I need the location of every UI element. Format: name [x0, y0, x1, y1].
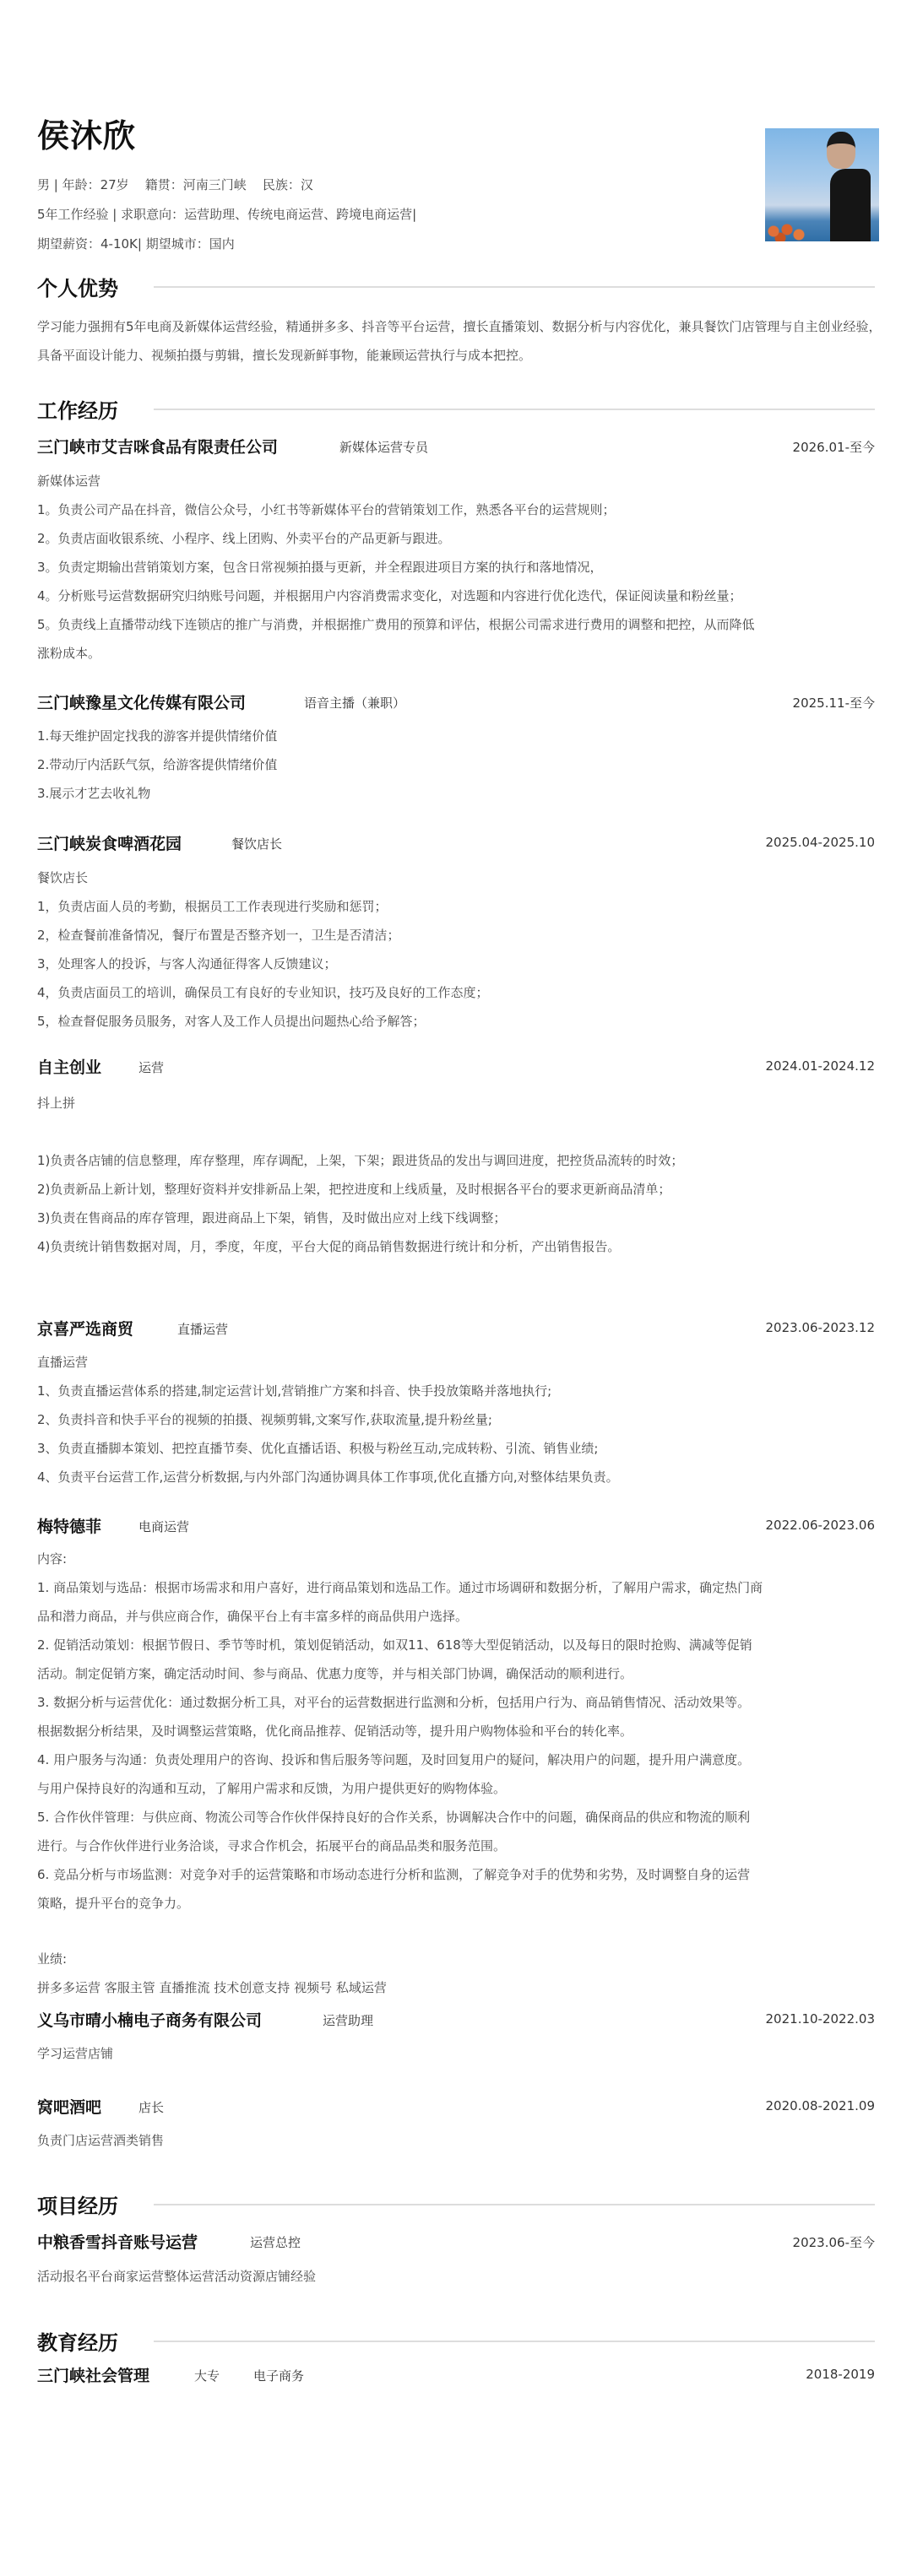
photo-flowers [765, 223, 812, 241]
detail-line: 餐饮店长 [37, 863, 882, 892]
date-range: 2025.11-至今 [793, 694, 875, 712]
date-range: 2024.01-2024.12 [766, 1058, 875, 1074]
detail-line: 3. 数据分析与运营优化：通过数据分析工具，对平台的运营数据进行监测和分析，包括… [37, 1688, 882, 1717]
detail-line: 负责门店运营酒类销售 [37, 2126, 882, 2155]
work-entry-header: 三门峡炭食啤酒花园 餐饮店长 2025.04-2025.10 [37, 831, 875, 853]
basic-info-line: 男 | 年龄：27岁 籍贯：河南三门峡 民族：汉 [37, 176, 313, 193]
blank-line [37, 1918, 882, 1945]
project-entry-details: 活动报名平台商家运营整体运营活动资源店铺经验 [37, 2262, 882, 2291]
job-role: 电商运营 [138, 1518, 189, 1535]
detail-line: 4、负责平台运营工作,运营分析数据,与内外部门沟通协调具体工作事项,优化直播方向… [37, 1463, 882, 1491]
section-projects-header: 项目经历 [37, 2189, 875, 2219]
detail-line: 新媒体运营 [37, 467, 882, 495]
section-education-header: 教育经历 [37, 2326, 875, 2356]
detail-line: 活动报名平台商家运营整体运营活动资源店铺经验 [37, 2262, 882, 2291]
detail-line: 2)负责新品上新计划，整理好资料并安排新品上架，把控进度和上线质量，及时根据各平… [37, 1175, 882, 1204]
detail-line: 3.展示才艺去收礼物 [37, 779, 882, 808]
job-role: 运营助理 [323, 2011, 373, 2029]
detail-line: 5. 合作伙伴管理：与供应商、物流公司等合作伙伴保持良好的合作关系，协调解决合作… [37, 1803, 882, 1832]
work-entry-header: 三门峡市艾吉咪食品有限责任公司 新媒体运营专员 2026.01-至今 [37, 435, 875, 457]
work-entry-header: 义乌市晴小楠电子商务有限公司 运营助理 2021.10-2022.03 [37, 2008, 875, 2030]
section-divider [154, 286, 875, 288]
job-role: 运营 [138, 1058, 164, 1076]
candidate-name: 侯沐欣 [37, 110, 136, 156]
detail-line: 活动。制定促销方案，确定活动时间、参与商品、优惠力度等，并与相关部门协调，确保活… [37, 1659, 882, 1688]
detail-line: 根据数据分析结果，及时调整运营策略，优化商品推荐、促销活动等，提升用户购物体验和… [37, 1717, 882, 1745]
detail-line: 1. 商品策划与选品：根据市场需求和用户喜好，进行商品策划和选品工作。通过市场调… [37, 1573, 882, 1602]
company-name: 义乌市晴小楠电子商务有限公司 [37, 2008, 262, 2031]
work-entry-details: 抖上拼 1)负责各店铺的信息整理，库存整理，库存调配，上架，下架；跟进货品的发出… [37, 1089, 882, 1261]
section-work-header: 工作经历 [37, 394, 875, 424]
work-entry-details: 餐饮店长 1，负责店面人员的考勤，根据员工工作表现进行奖励和惩罚； 2，检查餐前… [37, 863, 882, 1036]
company-name: 三门峡市艾吉咪食品有限责任公司 [37, 435, 278, 457]
work-entry-header: 自主创业 运营 2024.01-2024.12 [37, 1055, 875, 1077]
detail-line: 4. 用户服务与沟通：负责处理用户的咨询、投诉和售后服务等问题，及时回复用户的疑… [37, 1745, 882, 1774]
detail-line: 策略，提升平台的竞争力。 [37, 1889, 882, 1918]
company-name: 京喜严选商贸 [37, 1317, 133, 1339]
detail-line: 4)负责统计销售数据对周，月，季度，年度，平台大促的商品销售数据进行统计和分析，… [37, 1232, 882, 1261]
date-range: 2025.04-2025.10 [766, 835, 875, 850]
detail-line: 抖上拼 [37, 1089, 882, 1118]
detail-line: 与用户保持良好的沟通和互动，了解用户需求和反馈，为用户提供更好的购物体验。 [37, 1774, 882, 1803]
advantages-text: 学习能力强拥有5年电商及新媒体运营经验，精通拼多多、抖音等平台运营，擅长直播策划… [37, 312, 882, 370]
date-range: 2023.06-2023.12 [766, 1320, 875, 1335]
detail-line: 6. 竞品分析与市场监测：对竞争对手的运营策略和市场动态进行分析和监测，了解竞争… [37, 1860, 882, 1889]
company-name: 自主创业 [37, 1055, 101, 1078]
detail-line: 3、负责直播脚本策划、把控直播节奏、优化直播话语、积极与粉丝互动,完成转粉、引流… [37, 1434, 882, 1463]
section-divider [154, 2341, 875, 2342]
detail-line: 3)负责在售商品的库存管理，跟进商品上下架，销售，及时做出应对上线下线调整； [37, 1204, 882, 1232]
section-title: 教育经历 [37, 2326, 118, 2356]
photo-person [820, 128, 872, 241]
detail-line: 涨粉成本。 [37, 639, 882, 668]
detail-line: 1.每天维护固定找我的游客并提供情绪价值 [37, 722, 882, 750]
detail-line: 2.带动厅内活跃气氛，给游客提供情绪价值 [37, 750, 882, 779]
work-entry-header: 三门峡豫星文化传媒有限公司 语音主播（兼职） 2025.11-至今 [37, 690, 875, 712]
work-entry-header: 京喜严选商贸 直播运营 2023.06-2023.12 [37, 1317, 875, 1339]
detail-line: 1，负责店面人员的考勤，根据员工工作表现进行奖励和惩罚； [37, 892, 882, 921]
work-entry-details: 学习运营店铺 [37, 2039, 882, 2068]
detail-line: 5，检查督促服务员服务，对客人及工作人员提出问题热心给予解答； [37, 1007, 882, 1036]
section-title: 工作经历 [37, 394, 118, 424]
major: 电子商务 [253, 2367, 304, 2384]
detail-line: 2。负责店面收银系统、小程序、线上团购、外卖平台的产品更新与跟进。 [37, 524, 882, 553]
detail-line: 进行。与合作伙伴进行业务洽谈，寻求合作机会，拓展平台的商品品类和服务范围。 [37, 1832, 882, 1860]
salary-city-line: 期望薪资：4-10K| 期望城市：国内 [37, 235, 235, 252]
project-role: 运营总控 [250, 2233, 301, 2251]
detail-line: 内容: [37, 1545, 882, 1573]
achievements-tags: 拼多多运营 客服主管 直播推流 技术创意支持 视频号 私域运营 [37, 1973, 882, 2002]
detail-line: 1。负责公司产品在抖音，微信公众号，小红书等新媒体平台的营销策划工作，熟悉各平台… [37, 495, 882, 524]
achievements-label: 业绩: [37, 1945, 882, 1973]
job-role: 语音主播（兼职） [304, 694, 405, 712]
section-title: 项目经历 [37, 2189, 118, 2219]
section-advantages-header: 个人优势 [37, 272, 875, 301]
job-intent-line: 5年工作经验 | 求职意向：运营助理、传统电商运营、跨境电商运营| [37, 205, 416, 223]
degree: 大专 [194, 2367, 220, 2384]
work-entry-details: 内容: 1. 商品策划与选品：根据市场需求和用户喜好，进行商品策划和选品工作。通… [37, 1545, 882, 2002]
detail-line: 1)负责各店铺的信息整理，库存整理，库存调配，上架，下架；跟进货品的发出与调回进… [37, 1146, 882, 1175]
blank-line [37, 1118, 882, 1146]
work-entry-details: 1.每天维护固定找我的游客并提供情绪价值 2.带动厅内活跃气氛，给游客提供情绪价… [37, 722, 882, 808]
work-entry-header: 窝吧酒吧 店长 2020.08-2021.09 [37, 2095, 875, 2117]
detail-line: 5。负责线上直播带动线下连锁店的推广与消费，并根据推广费用的预算和评估，根据公司… [37, 610, 882, 639]
company-name: 窝吧酒吧 [37, 2095, 101, 2118]
section-divider [154, 2204, 875, 2205]
work-entry-details: 负责门店运营酒类销售 [37, 2126, 882, 2155]
avatar-photo [765, 128, 879, 241]
section-title: 个人优势 [37, 272, 118, 301]
project-name: 中粮香雪抖音账号运营 [37, 2230, 198, 2253]
company-name: 三门峡豫星文化传媒有限公司 [37, 690, 246, 713]
detail-line: 2，检查餐前准备情况，餐厅布置是否整齐划一，卫生是否清洁； [37, 921, 882, 950]
detail-line: 4，负责店面员工的培训，确保员工有良好的专业知识，技巧及良好的工作态度； [37, 978, 882, 1007]
school-name: 三门峡社会管理 [37, 2363, 149, 2386]
date-range: 2022.06-2023.06 [766, 1518, 875, 1533]
date-range: 2020.08-2021.09 [766, 2098, 875, 2113]
detail-line: 2、负责抖音和快手平台的视频的拍摄、视频剪辑,文案写作,获取流量,提升粉丝量; [37, 1405, 882, 1434]
project-entry-header: 中粮香雪抖音账号运营 运营总控 2023.06-至今 [37, 2230, 875, 2252]
date-range: 2018-2019 [806, 2367, 875, 2382]
work-entry-details: 新媒体运营 1。负责公司产品在抖音，微信公众号，小红书等新媒体平台的营销策划工作… [37, 467, 882, 668]
section-divider [154, 409, 875, 410]
detail-line: 学习运营店铺 [37, 2039, 882, 2068]
detail-line: 3。负责定期输出营销策划方案，包含日常视频拍摄与更新，并全程跟进项目方案的执行和… [37, 553, 882, 582]
detail-line: 直播运营 [37, 1348, 882, 1377]
date-range: 2023.06-至今 [793, 2233, 875, 2251]
work-entry-details: 直播运营 1、负责直播运营体系的搭建,制定运营计划,营销推广方案和抖音、快手投放… [37, 1348, 882, 1491]
job-role: 新媒体运营专员 [339, 438, 428, 456]
company-name: 三门峡炭食啤酒花园 [37, 831, 182, 854]
date-range: 2026.01-至今 [793, 438, 875, 456]
education-entry-header: 三门峡社会管理 大专 电子商务 2018-2019 [37, 2363, 875, 2385]
detail-line: 3，处理客人的投诉，与客人沟通征得客人反馈建议； [37, 950, 882, 978]
job-role: 店长 [138, 2098, 164, 2116]
detail-line: 2. 促销活动策划：根据节假日、季节等时机，策划促销活动，如双11、618等大型… [37, 1631, 882, 1659]
detail-line: 4。分析账号运营数据研究归纳账号问题，并根据用户内容消费需求变化，对选题和内容进… [37, 582, 882, 610]
detail-line: 品和潜力商品，并与供应商合作，确保平台上有丰富多样的商品供用户选择。 [37, 1602, 882, 1631]
company-name: 梅特德菲 [37, 1514, 101, 1537]
job-role: 餐饮店长 [231, 835, 282, 852]
work-entry-header: 梅特德菲 电商运营 2022.06-2023.06 [37, 1514, 875, 1536]
detail-line: 1、负责直播运营体系的搭建,制定运营计划,营销推广方案和抖音、快手投放策略并落地… [37, 1377, 882, 1405]
date-range: 2021.10-2022.03 [766, 2011, 875, 2027]
job-role: 直播运营 [177, 1320, 228, 1338]
